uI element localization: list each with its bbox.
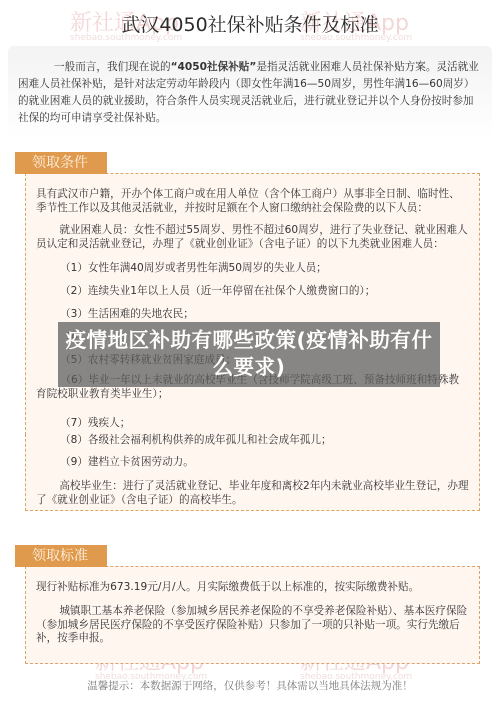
eligibility-item: （2）连续失业1年以上人员（近一年停留在社保个人缴费窗口的）； <box>36 285 469 299</box>
section-box-standard: 现行补贴标准为673.19元/月/人。月实际缴费低于以上标准的，按实际缴费补贴。… <box>25 566 480 664</box>
standard-amount: 现行补贴标准为673.19元/月/人。月实际缴费低于以上标准的，按实际缴费补贴。 <box>36 581 469 595</box>
intro-text: 一般而言，我们现在说的“4050社保补贴”是指灵活就业困难人员社保补贴方案。灵活… <box>8 46 492 127</box>
eligibility-difficult-group: 就业困难人员：女性不超过55周岁、男性不超过60周岁，进行了失业登记、就业困难人… <box>36 224 469 251</box>
eligibility-intro: 具有武汉市户籍，开办个体工商户或在用人单位（含个体工商户）从事非全日制、临时性、… <box>36 188 469 215</box>
eligibility-item: （7）残疾人； <box>36 417 469 431</box>
section-box-eligibility-cont: （8）各级社会福利机构供养的成年孤儿和社会成年孤儿； （9）建档立卡贫困劳动力。… <box>25 434 480 511</box>
eligibility-graduates: 高校毕业生：进行了灵活就业登记、毕业年度和离校2年内未就业高校毕业生登记，办理了… <box>36 480 469 507</box>
section-tab-standard: 领取标准 <box>15 545 107 567</box>
standard-rules: 城镇职工基本养老保险（参加城乡居民养老保险的不享受养老保险补贴）、基本医疗保险（… <box>36 605 469 646</box>
eligibility-item: （3）生活困难的失地农民； <box>36 308 469 322</box>
eligibility-item: （1）女性年满40周岁或者男性年满50周岁的失业人员； <box>36 262 469 276</box>
section-box-eligibility: 具有武汉市户籍，开办个体工商户或在用人单位（含个体工商户）从事非全日制、临时性、… <box>25 173 480 435</box>
eligibility-item: （8）各级社会福利机构供养的成年孤儿和社会成年孤儿； <box>36 434 469 448</box>
eligibility-item: （9）建档立卡贫困劳动力。 <box>36 456 469 470</box>
overlay-caption: 疫情地区补助有哪些政策(疫情补助有什么要求) <box>58 322 440 387</box>
intro-panel: 一般而言，我们现在说的“4050社保补贴”是指灵活就业困难人员社保补贴方案。灵活… <box>8 46 492 138</box>
section-tab-eligibility: 领取条件 <box>15 152 107 174</box>
page-title: 武汉4050社保补贴条件及标准 <box>0 10 500 37</box>
footer-note: 温馨提示：本数据源于网络，仅供参考！具体需以当地具体法规为准！ <box>0 678 500 693</box>
